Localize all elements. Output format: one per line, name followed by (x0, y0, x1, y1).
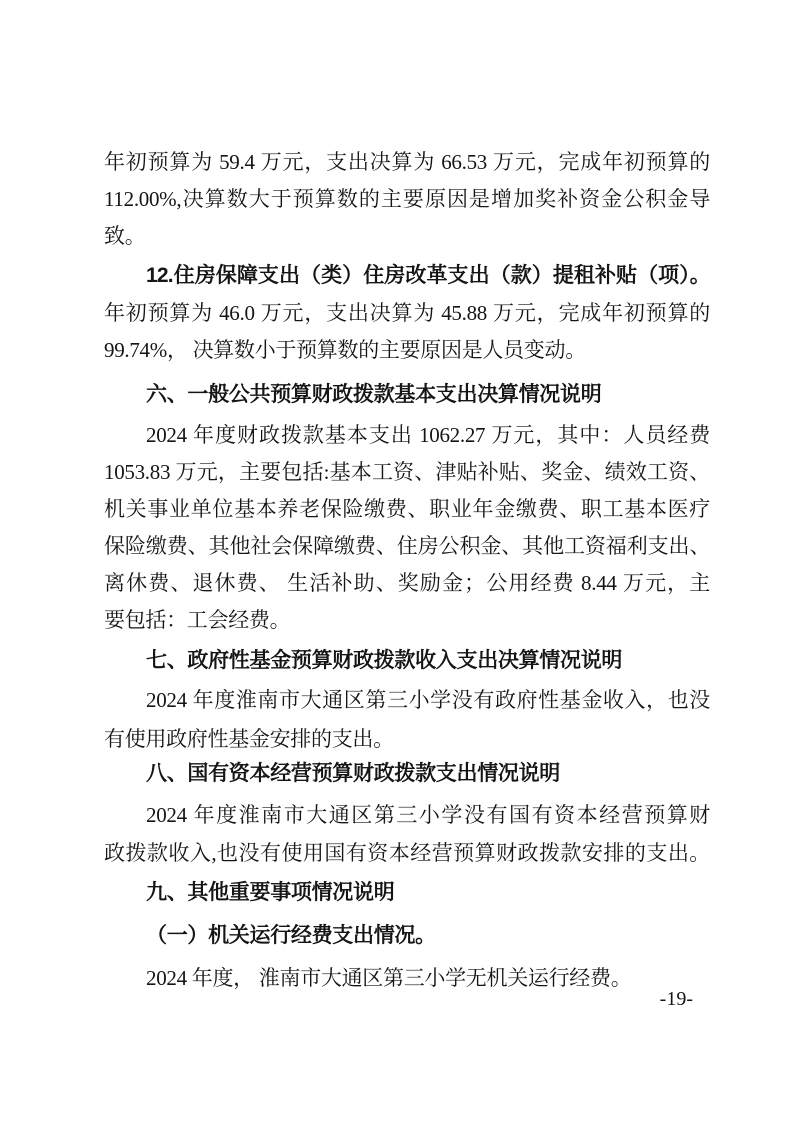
section-heading: 八、国有资本经营预算财政拨款支出情况说明 (104, 755, 710, 792)
paragraph-line: 离休费、退休费、 生活补助、奖励金；公用经费 8.44 万元，主 (104, 565, 710, 602)
page-number: -19- (660, 987, 693, 1011)
paragraph-line: 2024 年度淮南市大通区第三小学没有政府性基金收入，也没 (104, 682, 710, 719)
paragraph-line: 112.00%,决算数大于预算数的主要原因是增加奖补资金公积金导 (104, 181, 710, 218)
paragraph-line: 1053.83 万元，主要包括:基本工资、津贴补贴、奖金、绩效工资、 (104, 454, 710, 491)
paragraph-line: 机关事业单位基本养老保险缴费、职业年金缴费、职工基本医疗 (104, 491, 710, 528)
section-heading: 九、其他重要事项情况说明 (104, 874, 710, 911)
paragraph-line: 99.74%， 决算数小于预算数的主要原因是人员变动。 (104, 332, 710, 369)
section-heading: 六、一般公共预算财政拨款基本支出决算情况说明 (104, 376, 710, 413)
subsection-heading: （一）机关运行经费支出情况。 (104, 917, 710, 954)
paragraph-line: 保险缴费、其他社会保障缴费、住房公积金、其他工资福利支出、 (104, 528, 710, 565)
paragraph-line: 2024 年度淮南市大通区第三小学没有国有资本经营预算财 (104, 797, 710, 834)
document-content: 年初预算为 59.4 万元，支出决算为 66.53 万元，完成年初预算的112.… (104, 144, 710, 997)
paragraph-line: 年初预算为 59.4 万元，支出决算为 66.53 万元，完成年初预算的 (104, 144, 710, 181)
item-heading-line: 12.住房保障支出（类）住房改革支出（款）提租补贴（项）。 (104, 257, 710, 294)
paragraph-line: 致。 (104, 218, 710, 255)
paragraph-line: 政拨款收入,也没有使用国有资本经营预算财政拨款安排的支出。 (104, 835, 710, 872)
paragraph-line: 年初预算为 46.0 万元，支出决算为 45.88 万元，完成年初预算的 (104, 295, 710, 332)
section-heading: 七、政府性基金预算财政拨款收入支出决算情况说明 (104, 642, 710, 679)
paragraph-line: 要包括：工会经费。 (104, 602, 710, 639)
paragraph-line: 有使用政府性基金安排的支出。 (104, 721, 710, 758)
paragraph-line: 2024 年度， 淮南市大通区第三小学无机关运行经费。 (104, 960, 710, 997)
document-page: 年初预算为 59.4 万元，支出决算为 66.53 万元，完成年初预算的112.… (0, 0, 793, 1122)
paragraph-line: 2024 年度财政拨款基本支出 1062.27 万元，其中：人员经费 (104, 417, 710, 454)
